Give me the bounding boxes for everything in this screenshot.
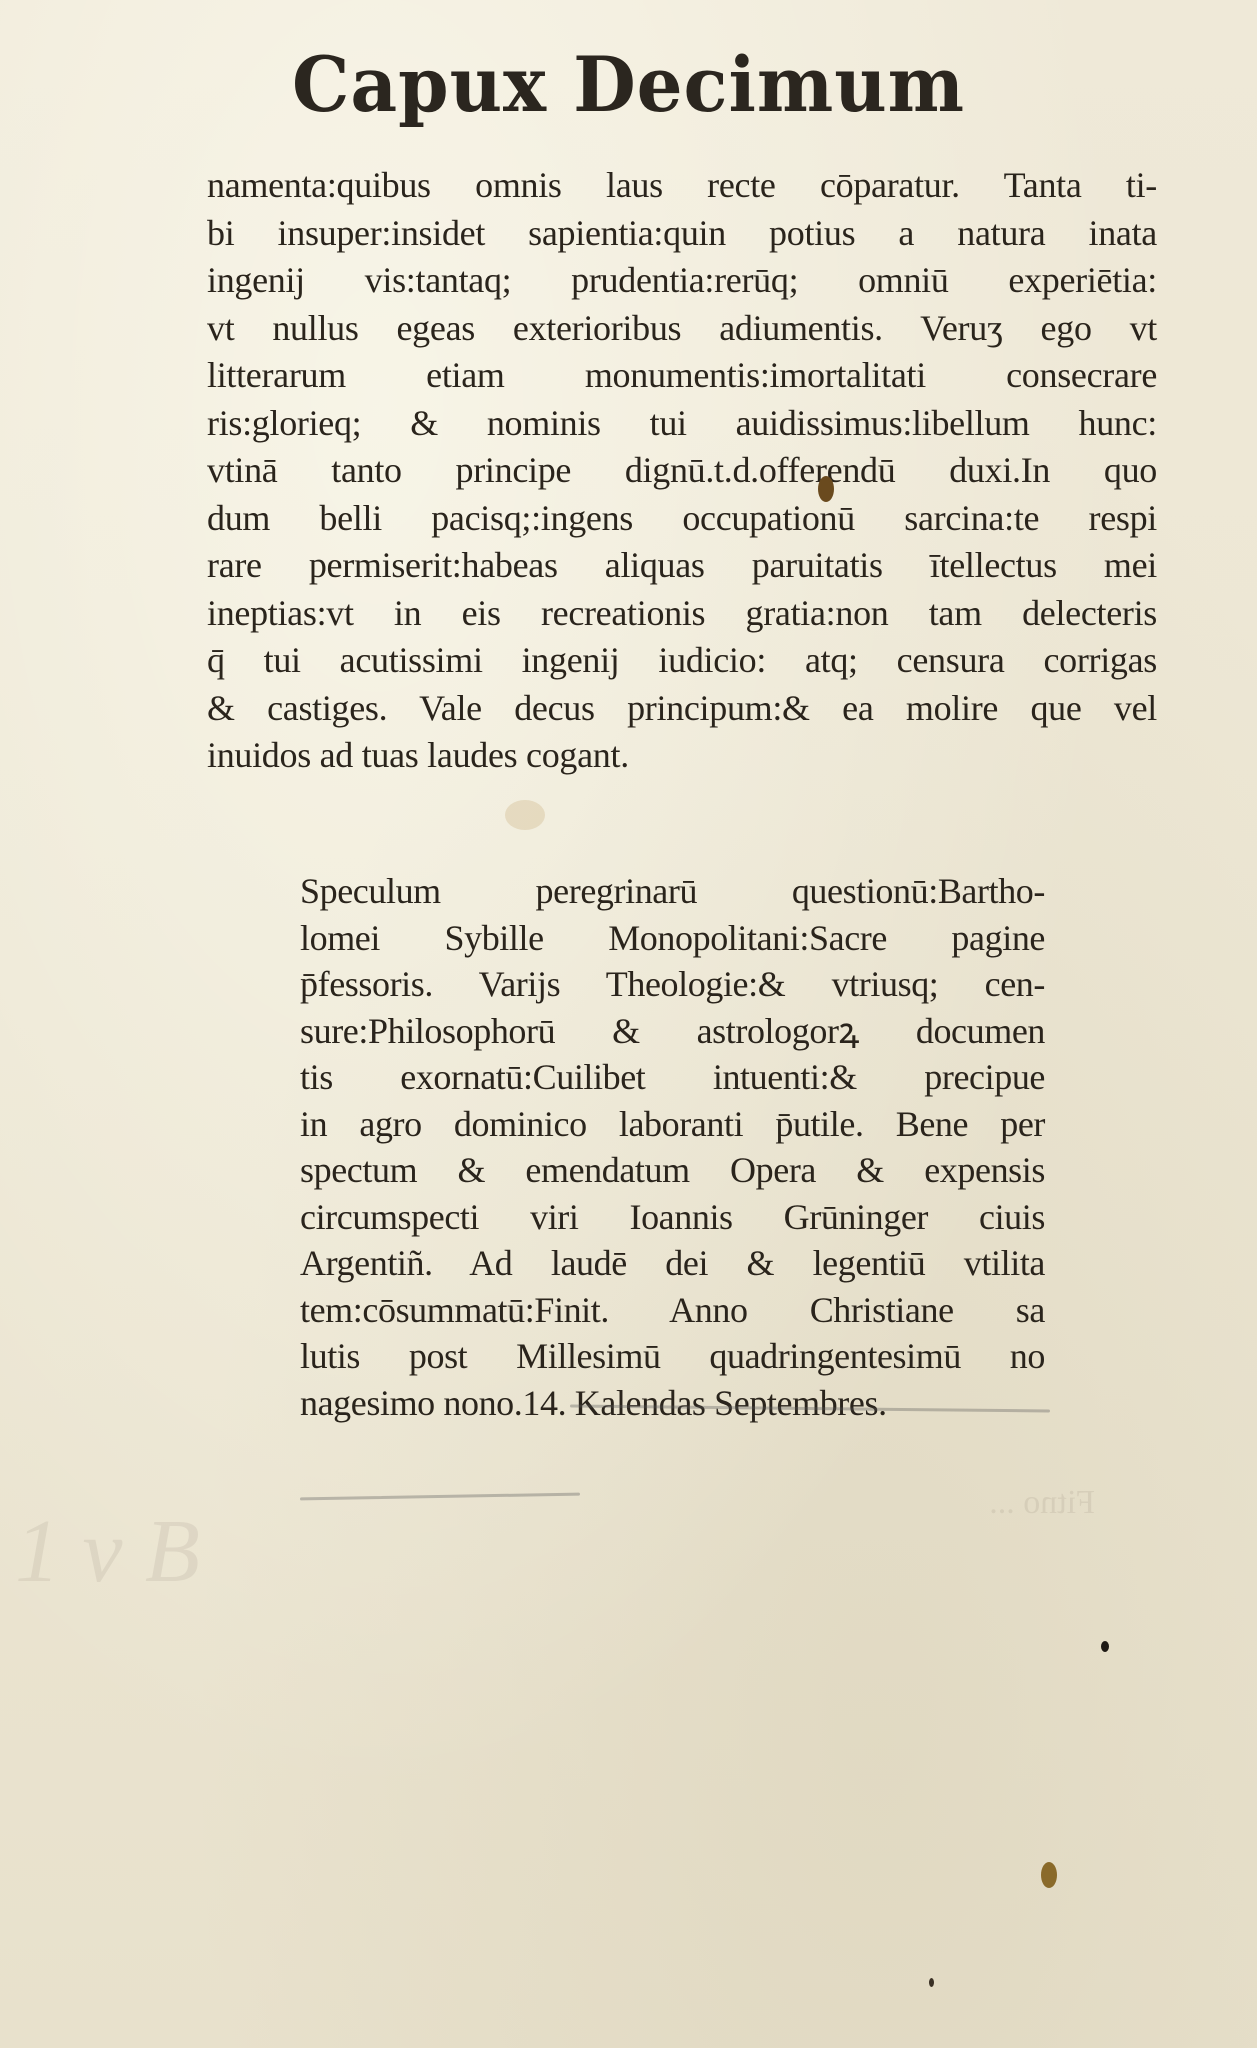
foxing-stain (1041, 1862, 1057, 1888)
text-line: rare permiserit:habeas aliquas paruitati… (207, 542, 1157, 590)
colophon-line: lutis post Millesimū quadringentesimū no (300, 1333, 1045, 1380)
colophon: Speculum peregrinarū questionū:Bartho- l… (300, 868, 1045, 1426)
colophon-line: Argentiñ. Ad laudē dei & legentiū vtilit… (300, 1240, 1045, 1287)
colophon-line: in agro dominico laboranti p̄utile. Bene… (300, 1101, 1045, 1148)
colophon-line: tis exornatū:Cuilibet intuenti:& precipu… (300, 1054, 1045, 1101)
foxing-stain (505, 800, 545, 830)
text-line: dum belli pacisq;:ingens occupationū sar… (207, 495, 1157, 543)
text-line: namenta:quibus omnis laus recte cōparatu… (207, 162, 1157, 210)
text-line: q̄ tui acutissimi ingenij iudicio: atq; … (207, 637, 1157, 685)
colophon-line: lomei Sybille Monopolitani:Sacre pagine (300, 915, 1045, 962)
colophon-line: p̄fessoris. Varijs Theologie:& vtriusq; … (300, 961, 1045, 1008)
text-line: & castiges. Vale decus principum:& ea mo… (207, 685, 1157, 733)
ink-spot (929, 1978, 934, 1987)
chapter-heading: Capux Decimum (31, 40, 1225, 129)
colophon-line: sure:Philosophorū & astrologorꝝ documen (300, 1008, 1045, 1055)
text-line: litterarum etiam monumentis:imortalitati… (207, 352, 1157, 400)
colophon-line: Speculum peregrinarū questionū:Bartho- (300, 868, 1045, 915)
text-line: vtinā tanto principe dignū.t.d.offerendū… (207, 447, 1157, 495)
colophon-line: nagesimo nono.14. Kalendas Septembres. (300, 1380, 1045, 1427)
colophon-line: tem:cōsummatū:Finit. Anno Christiane sa (300, 1287, 1045, 1334)
text-line: vt nullus egeas exterioribus adiumentis.… (207, 305, 1157, 353)
colophon-line: spectum & emendatum Opera & expensis (300, 1147, 1045, 1194)
text-line: ingenij vis:tantaq; prudentia:rerūq; omn… (207, 257, 1157, 305)
ink-spot (1101, 1641, 1109, 1652)
faint-margin-mark: 1 v B (15, 1500, 200, 1603)
text-line: ris:glorieq; & nominis tui auidissimus:l… (207, 400, 1157, 448)
text-line: bi insuper:insidet sapientia:quin potius… (207, 210, 1157, 258)
bleed-through-text: Fitno ... (295, 1480, 1095, 1710)
dedication-paragraph: namenta:quibus omnis laus recte cōparatu… (207, 162, 1157, 780)
colophon-line: circumspecti viri Ioannis Grūninger ciui… (300, 1194, 1045, 1241)
text-line: ineptias:vt in eis recreationis gratia:n… (207, 590, 1157, 638)
text-line: inuidos ad tuas laudes cogant. (207, 732, 1157, 780)
ink-spot (818, 476, 834, 502)
